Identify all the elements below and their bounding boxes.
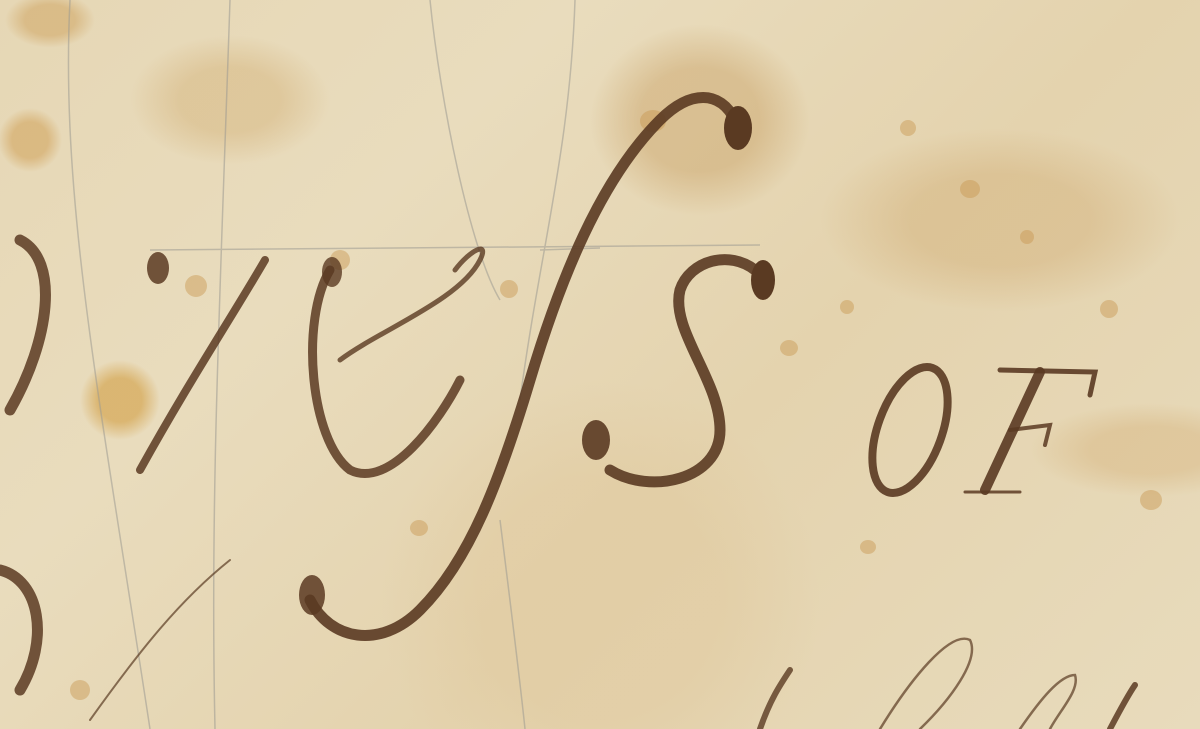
calligraphy-ink — [0, 0, 1200, 729]
parchment-photo: ...reſs OF — [0, 0, 1200, 729]
script-letters — [0, 98, 1135, 729]
